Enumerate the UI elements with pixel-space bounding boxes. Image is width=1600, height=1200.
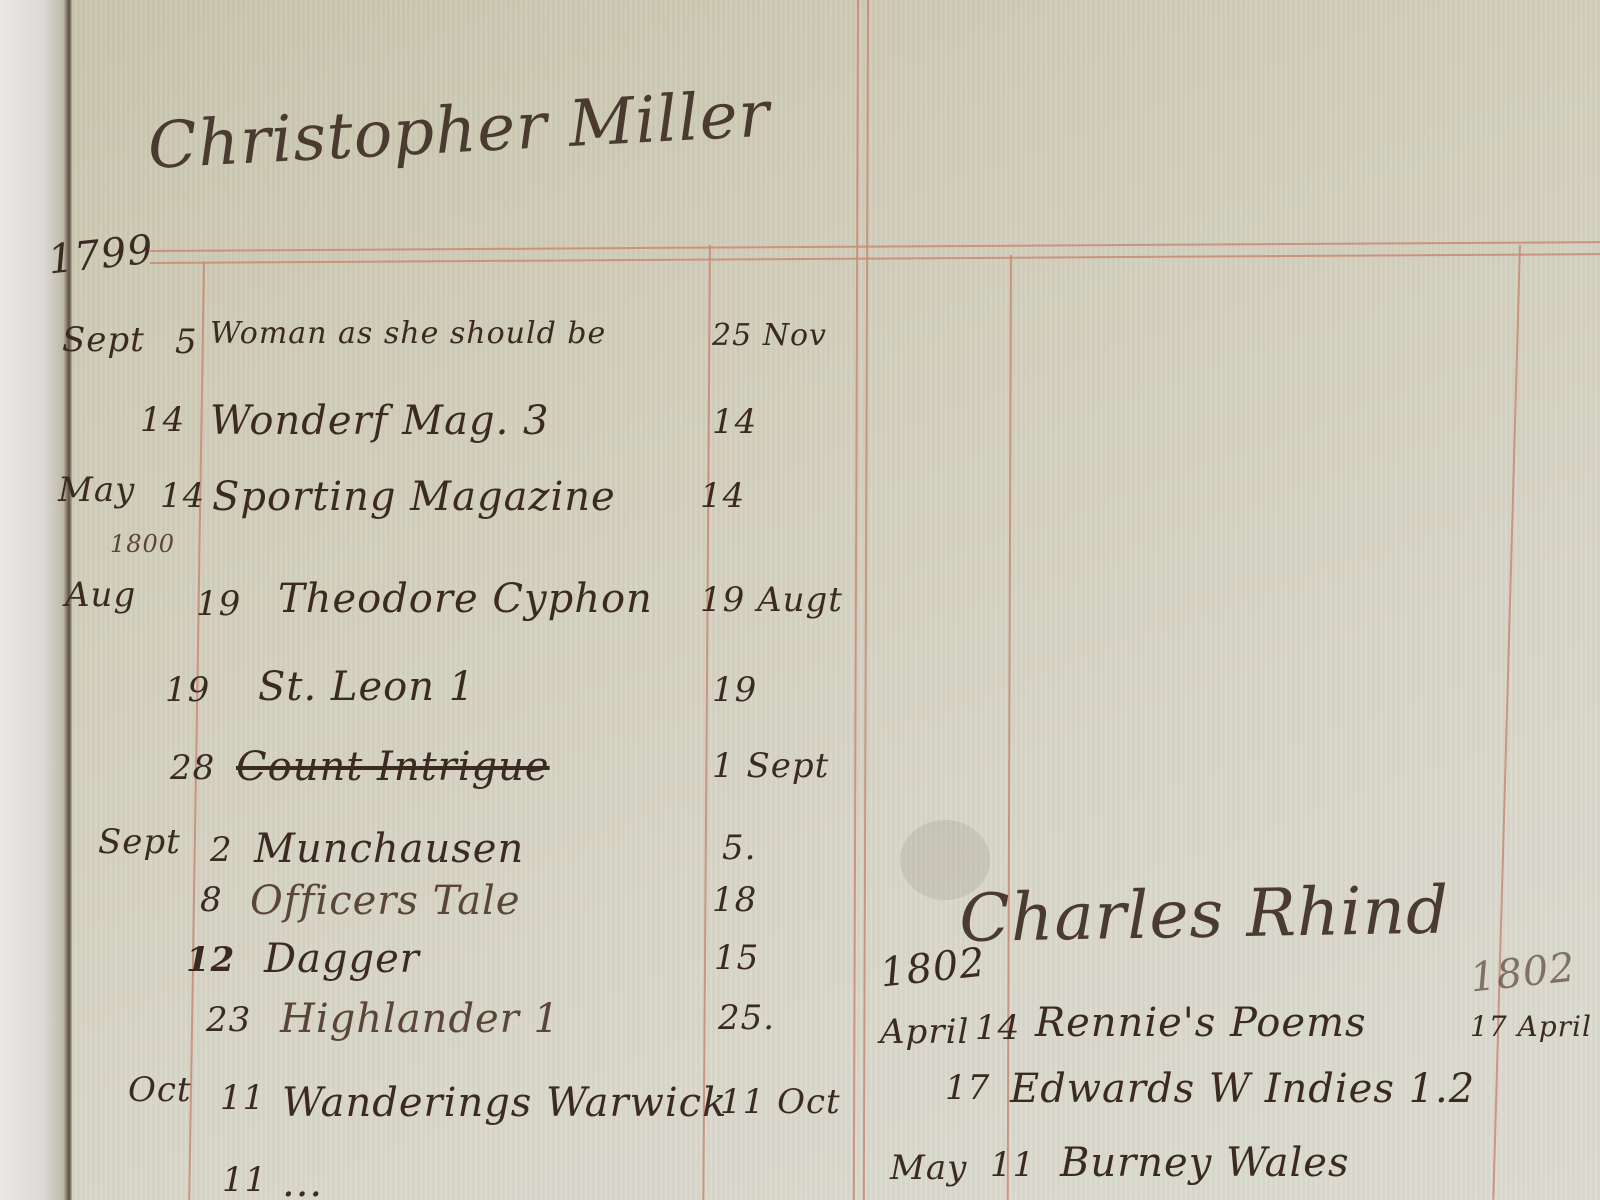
entry-return: 25. [718, 998, 775, 1038]
entry-note-year: 1800 [110, 530, 175, 558]
entry-title: Wanderings Warwick [282, 1080, 727, 1126]
entry-title: Rennie's Poems [1035, 1000, 1367, 1046]
account-year-left: 1799 [46, 227, 156, 284]
entry-return: 11 Oct [720, 1082, 841, 1122]
entry-return: 15 [714, 938, 759, 978]
entry-title: Officers Tale [250, 878, 521, 924]
entry-return: 5. [722, 828, 756, 868]
entry-day: 23 [206, 1000, 251, 1040]
entry-day: 8 [200, 880, 223, 920]
entry-month: May [58, 470, 135, 510]
entry-title: ... [282, 1160, 323, 1200]
entry-title: Sporting Magazine [212, 474, 616, 520]
entry-day: 2 [210, 830, 233, 870]
entry-month: April [880, 1012, 969, 1052]
entry-title: Woman as she should be [210, 316, 606, 351]
entry-day: 11 [222, 1160, 267, 1200]
entry-return: 18 [712, 880, 757, 920]
entry-title: St. Leon 1 [258, 664, 475, 710]
account-name-christopher-miller: Christopher Miller [146, 78, 772, 184]
entry-day: 19 [165, 670, 210, 710]
entry-month: Sept [62, 320, 145, 360]
account-year-right: 1802 [878, 940, 988, 997]
entry-return: 14 [712, 402, 757, 442]
ruled-center-2 [863, 0, 869, 1200]
entry-return: 14 [700, 476, 745, 516]
entry-day: 28 [170, 748, 215, 788]
ruled-line-top [150, 253, 1600, 264]
entry-month: Aug [65, 575, 136, 615]
entry-day: 5 [175, 322, 198, 362]
ruled-margin-right-page [1007, 255, 1012, 1200]
entry-day: 11 [990, 1145, 1035, 1185]
entry-day: 19 [196, 584, 241, 624]
entry-return: 25 Nov [712, 318, 827, 353]
entry-return: 19 Augt [700, 580, 843, 620]
entry-day: 14 [975, 1008, 1020, 1048]
entry-day: 14 [140, 400, 185, 440]
entry-title: Edwards W Indies 1.2 [1010, 1066, 1475, 1112]
ruled-column-right [1492, 245, 1521, 1200]
book-binding-edge [0, 0, 72, 1200]
entry-day: 12 [186, 940, 235, 980]
entry-return: 1 Sept [712, 746, 829, 786]
entry-title: Wonderf Mag. 3 [210, 398, 549, 444]
entry-title: Count Intrigue [236, 744, 550, 790]
entry-month: Oct [128, 1070, 192, 1110]
entry-day: 17 [945, 1068, 990, 1108]
entry-day: 11 [220, 1078, 265, 1118]
entry-title: Theodore Cyphon [278, 576, 653, 622]
entry-title: Burney Wales [1060, 1140, 1350, 1186]
account-year-right-column: 1802 [1468, 945, 1578, 1002]
account-name-charles-rhind: Charles Rhind [959, 871, 1450, 957]
entry-title: Highlander 1 [280, 996, 560, 1042]
ruled-column-return [702, 245, 711, 1200]
entry-month: May [890, 1148, 967, 1188]
ruled-center-1 [853, 0, 859, 1200]
entry-day: 14 [160, 476, 205, 516]
entry-return: 19 [712, 670, 757, 710]
entry-return: 17 April [1470, 1010, 1592, 1043]
ruled-margin-left [188, 262, 205, 1200]
entry-title: Dagger [264, 936, 420, 982]
entry-month: Sept [98, 822, 181, 862]
ruled-line-top-double [150, 241, 1600, 252]
entry-title: Munchausen [254, 826, 524, 872]
